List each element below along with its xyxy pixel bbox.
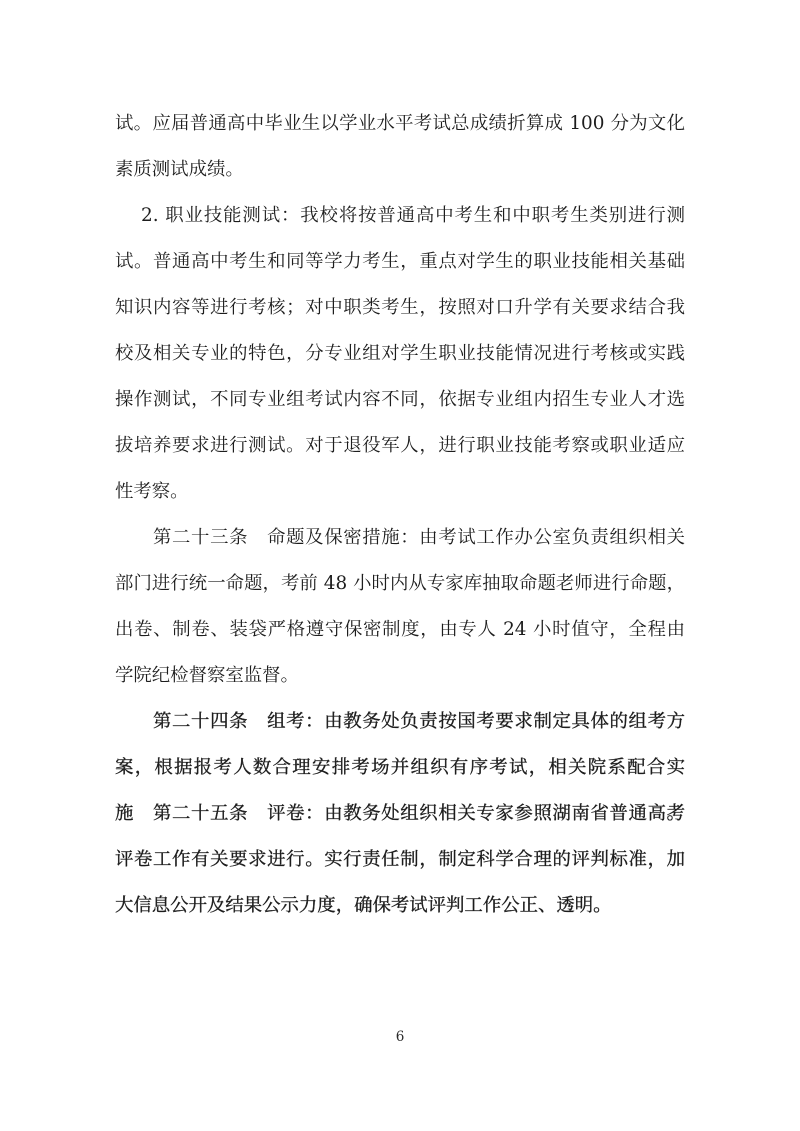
text-line: 学院纪检督察室监督。 — [115, 653, 685, 699]
text-line: 校及相关专业的特色，分专业组对学生职业技能情况进行考核或实践 — [115, 331, 685, 377]
text-line: 性考察。 — [115, 469, 685, 515]
text-line: 第二十三条 命题及保密措施：由考试工作办公室负责组织相关 — [115, 515, 685, 561]
text-line: 大信息公开及结果公示力度，确保考试评判工作公正、透明。 — [115, 883, 685, 929]
text-line: 知识内容等进行考核；对中职类考生，按照对口升学有关要求结合我 — [115, 285, 685, 331]
page-number: 6 — [0, 1029, 800, 1045]
text-line: 试。应届普通高中毕业生以学业水平考试总成绩折算成 100 分为文化 — [115, 101, 685, 147]
text-line: 出卷、制卷、装袋严格遵守保密制度，由专人 24 小时值守，全程由 — [115, 607, 685, 653]
text-line: 评卷工作有关要求进行。实行责任制，制定科学合理的评判标准，加 — [115, 837, 685, 883]
text-line: 第二十五条 评卷：由教务处组织相关专家参照湖南省普通高考 — [115, 791, 685, 837]
text-line: 操作测试，不同专业组考试内容不同，依据专业组内招生专业人才选 — [115, 377, 685, 423]
paragraph: 2. 职业技能测试：我校将按普通高中考生和中职考生类别进行测试。普通高中考生和同… — [115, 193, 685, 515]
paragraph: 第二十三条 命题及保密措施：由考试工作办公室负责组织相关部门进行统一命题，考前 … — [115, 515, 685, 699]
document-text-block: 试。应届普通高中毕业生以学业水平考试总成绩折算成 100 分为文化素质测试成绩。… — [115, 101, 685, 929]
text-line: 拔培养要求进行测试。对于退役军人，进行职业技能考察或职业适应 — [115, 423, 685, 469]
paragraph: 第二十五条 评卷：由教务处组织相关专家参照湖南省普通高考评卷工作有关要求进行。实… — [115, 791, 685, 929]
text-line: 部门进行统一命题，考前 48 小时内从专家库抽取命题老师进行命题， — [115, 561, 685, 607]
text-line: 素质测试成绩。 — [115, 147, 685, 193]
text-line: 试。普通高中考生和同等学力考生，重点对学生的职业技能相关基础 — [115, 239, 685, 285]
paragraph: 试。应届普通高中毕业生以学业水平考试总成绩折算成 100 分为文化素质测试成绩。 — [115, 101, 685, 193]
text-line: 2. 职业技能测试：我校将按普通高中考生和中职考生类别进行测 — [115, 193, 685, 239]
document-page: 试。应届普通高中毕业生以学业水平考试总成绩折算成 100 分为文化素质测试成绩。… — [0, 0, 800, 1131]
paragraph: 第二十四条 组考：由教务处负责按国考要求制定具体的组考方案，根据报考人数合理安排… — [115, 699, 685, 791]
text-line: 第二十四条 组考：由教务处负责按国考要求制定具体的组考方 — [115, 699, 685, 745]
text-line: 案，根据报考人数合理安排考场并组织有序考试，相关院系配合实施。 — [115, 745, 685, 791]
